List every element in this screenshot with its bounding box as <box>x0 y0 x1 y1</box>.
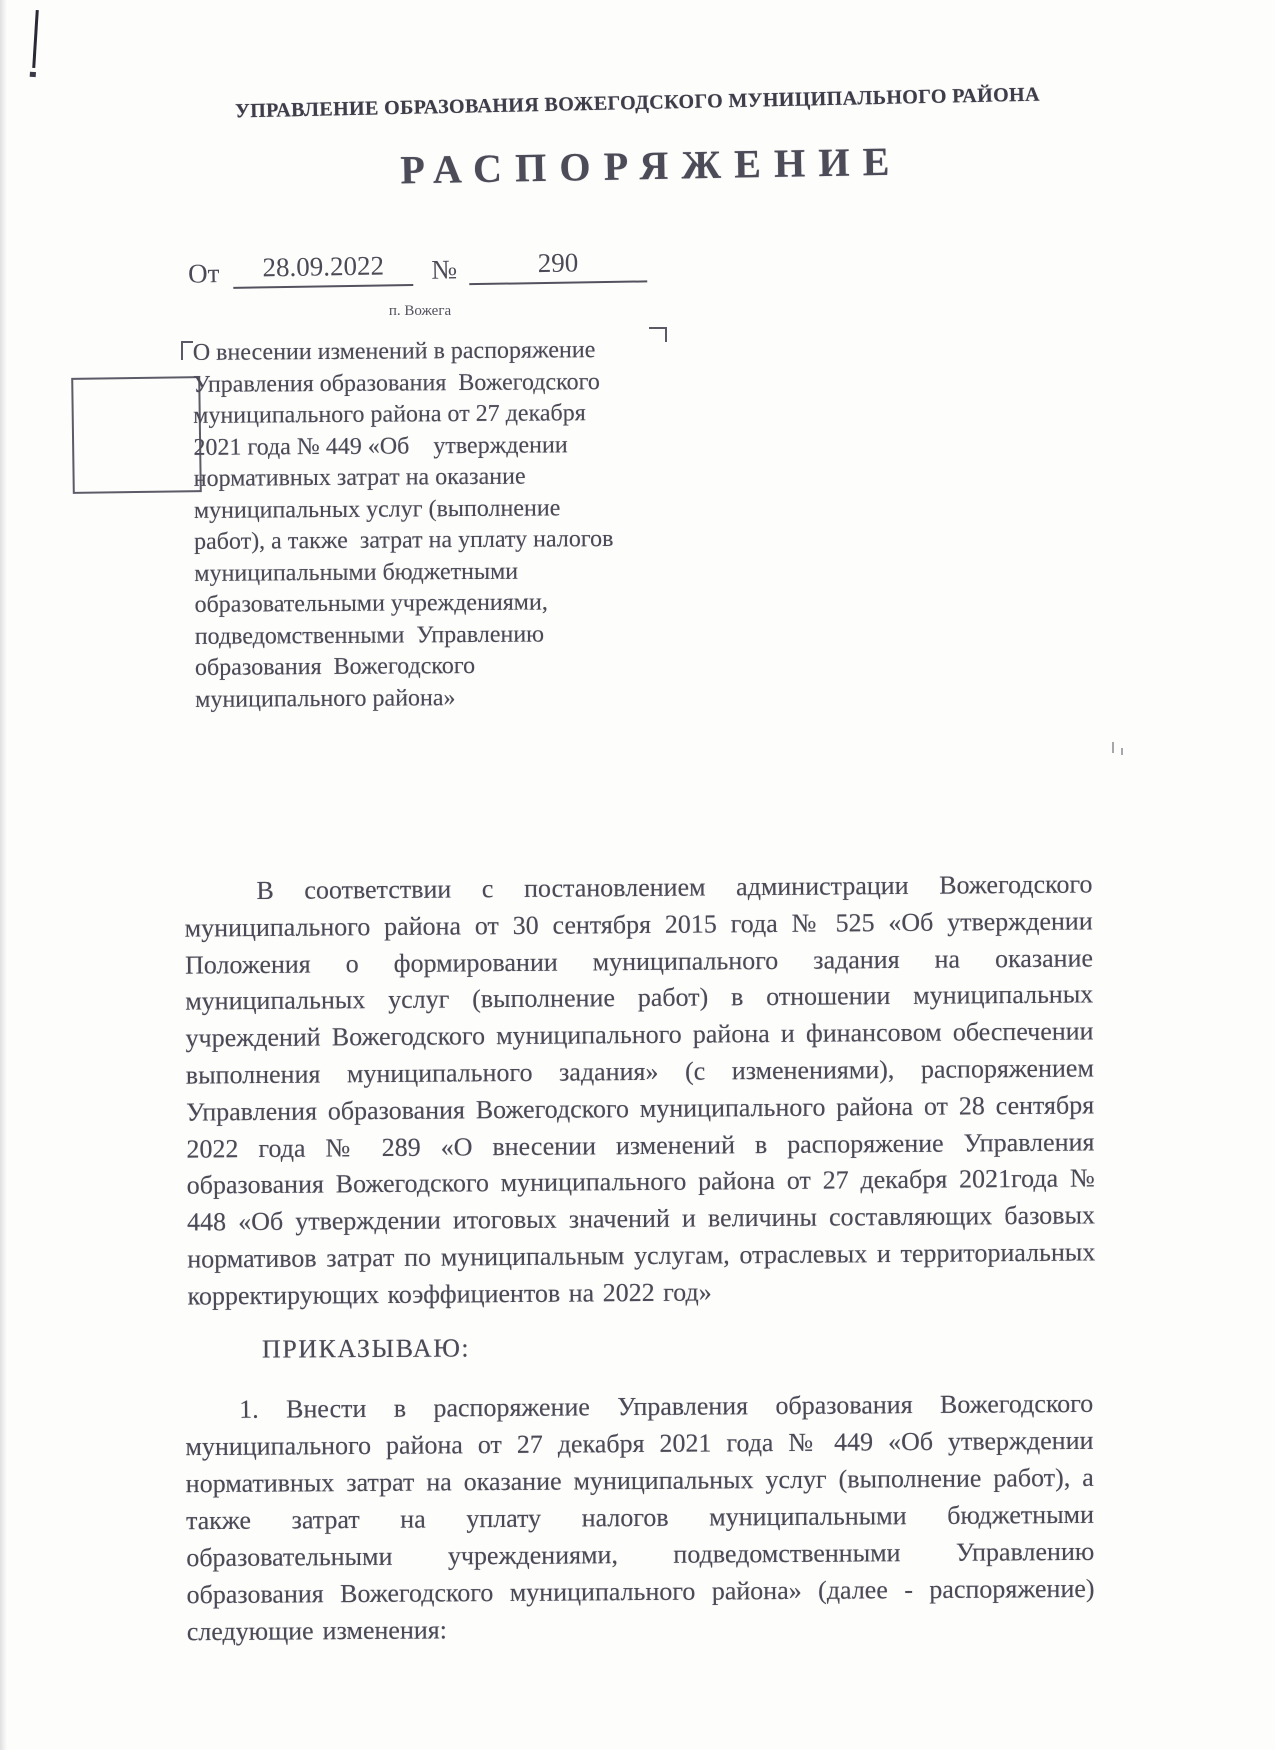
document-subject: О внесении изменений в распоряжение Упра… <box>193 334 741 716</box>
empty-stamp-box <box>71 376 202 494</box>
organization-name: УПРАВЛЕНИЕ ОБРАЗОВАНИЯ ВОЖЕГОДСКОГО МУНИ… <box>0 79 1275 129</box>
pen-stroke-mark <box>32 10 39 68</box>
date-value: 28.09.2022 <box>262 251 384 283</box>
number-label: № <box>429 254 459 285</box>
place-line: п. Вожега <box>355 303 485 320</box>
document-type-title: РАСПОРЯЖЕНИЕ <box>14 131 1275 200</box>
corner-bracket-left-icon <box>181 341 193 360</box>
number-field: 290 <box>469 246 648 285</box>
date-number-row: От 28.09.2022 № 290 <box>186 246 648 289</box>
date-field: 28.09.2022 <box>233 250 414 289</box>
preamble-paragraph: В соответствии с постановлением админист… <box>184 866 1095 1315</box>
order-keyword: ПРИКАЗЫВАЮ: <box>262 1333 470 1364</box>
order-item-1: 1. Внести в распоряжение Управления обра… <box>185 1385 1095 1650</box>
scan-edge-shadow <box>0 0 7 1750</box>
scan-speck <box>1121 748 1123 755</box>
scan-speck <box>1112 742 1114 753</box>
date-label: От <box>186 258 222 290</box>
scanned-document-page: УПРАВЛЕНИЕ ОБРАЗОВАНИЯ ВОЖЕГОДСКОГО МУНИ… <box>0 0 1275 1750</box>
scan-speck <box>1009 1139 1015 1141</box>
number-value: 290 <box>538 247 579 278</box>
